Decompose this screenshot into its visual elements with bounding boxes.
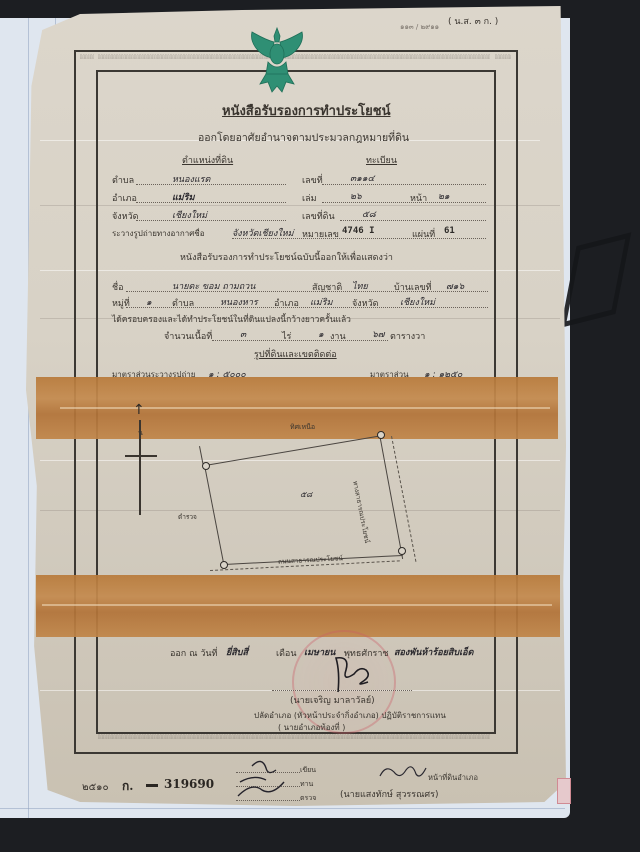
verifier-label: ตรวจ xyxy=(300,793,316,804)
writer-label: เขียน xyxy=(300,765,316,776)
tape-seam xyxy=(42,604,552,606)
sheet-no-value: 61 xyxy=(444,226,455,236)
land-no-value: ๕๘ xyxy=(362,207,376,221)
north-arrow-shaft xyxy=(139,420,141,515)
repair-tape-bottom xyxy=(36,575,560,637)
north-arrow-icon: ↑ xyxy=(133,402,145,418)
area-rai-value: ๓ xyxy=(240,327,246,341)
sheet-value: 4746 I xyxy=(342,226,375,236)
grid-line xyxy=(0,808,565,809)
corner-sticker xyxy=(557,778,571,804)
book-value: ๒๖ xyxy=(350,189,362,203)
shadow-artifact xyxy=(561,232,632,328)
issue-day: ยี่สิบสี่ xyxy=(226,645,248,659)
book-label: เล่ม xyxy=(302,191,317,205)
boundary-marker xyxy=(202,462,210,470)
footer-year-code: ๒๕๑๐ xyxy=(82,780,109,795)
boundary-marker xyxy=(398,547,406,555)
section-location-heading: ตำแหน่งที่ดิน xyxy=(182,153,233,167)
area-wa-value: ๖๗ xyxy=(372,327,384,341)
owner-name-label: ชื่อ xyxy=(112,280,124,294)
serial-dash xyxy=(146,784,158,787)
garuda-emblem-icon xyxy=(246,26,308,96)
microprint-bottom: ░░░░░░░░░░░░░░░░░░░░░░░░░░░░░░░░░░░░░░░░… xyxy=(98,734,490,748)
issue-year: สองพันห้าร้อยสิบเอ็ด xyxy=(394,645,473,659)
dotted-line xyxy=(340,220,486,221)
dotted-line xyxy=(322,184,486,185)
dotted-line xyxy=(212,340,388,341)
signature-land-officer xyxy=(376,760,428,784)
issue-month-label: เดือน xyxy=(276,646,296,660)
area-label: จำนวนเนื้อที่ xyxy=(164,329,212,343)
map-west-neighbor: ตำรวจ xyxy=(178,512,197,522)
form-code: ( น.ส. ๓ ก. ) xyxy=(448,14,498,28)
corner-note: ๑๑๓ / ๒๙๑๑ xyxy=(400,22,439,33)
document-title: หนังสือรับรองการทำประโยชน์ xyxy=(222,100,390,121)
map-parcel-label: ๕๘ xyxy=(300,488,312,501)
document-subtitle: ออกโดยอาศัยอำนาจตามประมวลกฎหมายที่ดิน xyxy=(198,129,409,146)
checker-label: ทาน xyxy=(300,779,313,790)
map-north-neighbor: ทิศเหนือ xyxy=(290,422,315,433)
signer-name: (นายเจริญ มาลาวัลย์) xyxy=(290,693,375,707)
land-officer-role: หน้าที่ดินอำเภอ xyxy=(428,772,478,784)
signature-official xyxy=(326,652,382,698)
tambon-label: ตำบล xyxy=(112,173,134,187)
dotted-line xyxy=(126,307,488,308)
dotted-line xyxy=(322,202,486,203)
boundary-marker xyxy=(220,561,228,569)
area-wa-label: ตารางวา xyxy=(390,329,425,343)
dotted-line xyxy=(272,690,412,691)
reg-number-label: เลขที่ xyxy=(302,173,323,187)
aerial-photo-label: ระวางรูปถ่ายทางอากาศชื่อ xyxy=(112,227,205,240)
dotted-line xyxy=(136,220,286,221)
compass-crossbar xyxy=(125,455,157,457)
dotted-line xyxy=(232,238,486,239)
page-value: ๒๑ xyxy=(438,189,450,203)
map-section-title: รูปที่ดินและเขตติดต่อ xyxy=(254,347,337,361)
dotted-line xyxy=(136,202,286,203)
grid-line xyxy=(28,18,29,818)
dotted-line xyxy=(136,184,286,185)
signature-clerks xyxy=(232,752,298,802)
boundary-marker xyxy=(377,431,385,439)
section-register-heading: ทะเบียน xyxy=(366,153,397,167)
land-no-label: เลขที่ดิน xyxy=(302,209,335,223)
signer-subtitle: ( นายอำเภอท้องที่ ) xyxy=(278,721,345,734)
amphoe-label: อำเภอ xyxy=(112,191,137,205)
province-label: จังหวัด xyxy=(112,209,139,223)
serial-number: 319690 xyxy=(164,777,214,791)
issue-prefix: ออก ณ วันที่ xyxy=(170,646,217,660)
serial-series: ก. xyxy=(122,777,133,796)
land-officer-name: (นายแสงทักษ์ สุวรรณศร) xyxy=(340,787,438,801)
reg-number-value: ๓๑๑๔ xyxy=(350,171,374,185)
area-ngan-value: ๑ xyxy=(318,327,324,341)
dotted-line xyxy=(126,291,488,292)
usage-statement: ได้ครอบครองและได้ทำประโยชน์ในที่ดินแปลงน… xyxy=(112,312,351,326)
certify-line: หนังสือรับรองการทำประโยชน์ฉบับนี้ออกให้เ… xyxy=(180,250,393,264)
